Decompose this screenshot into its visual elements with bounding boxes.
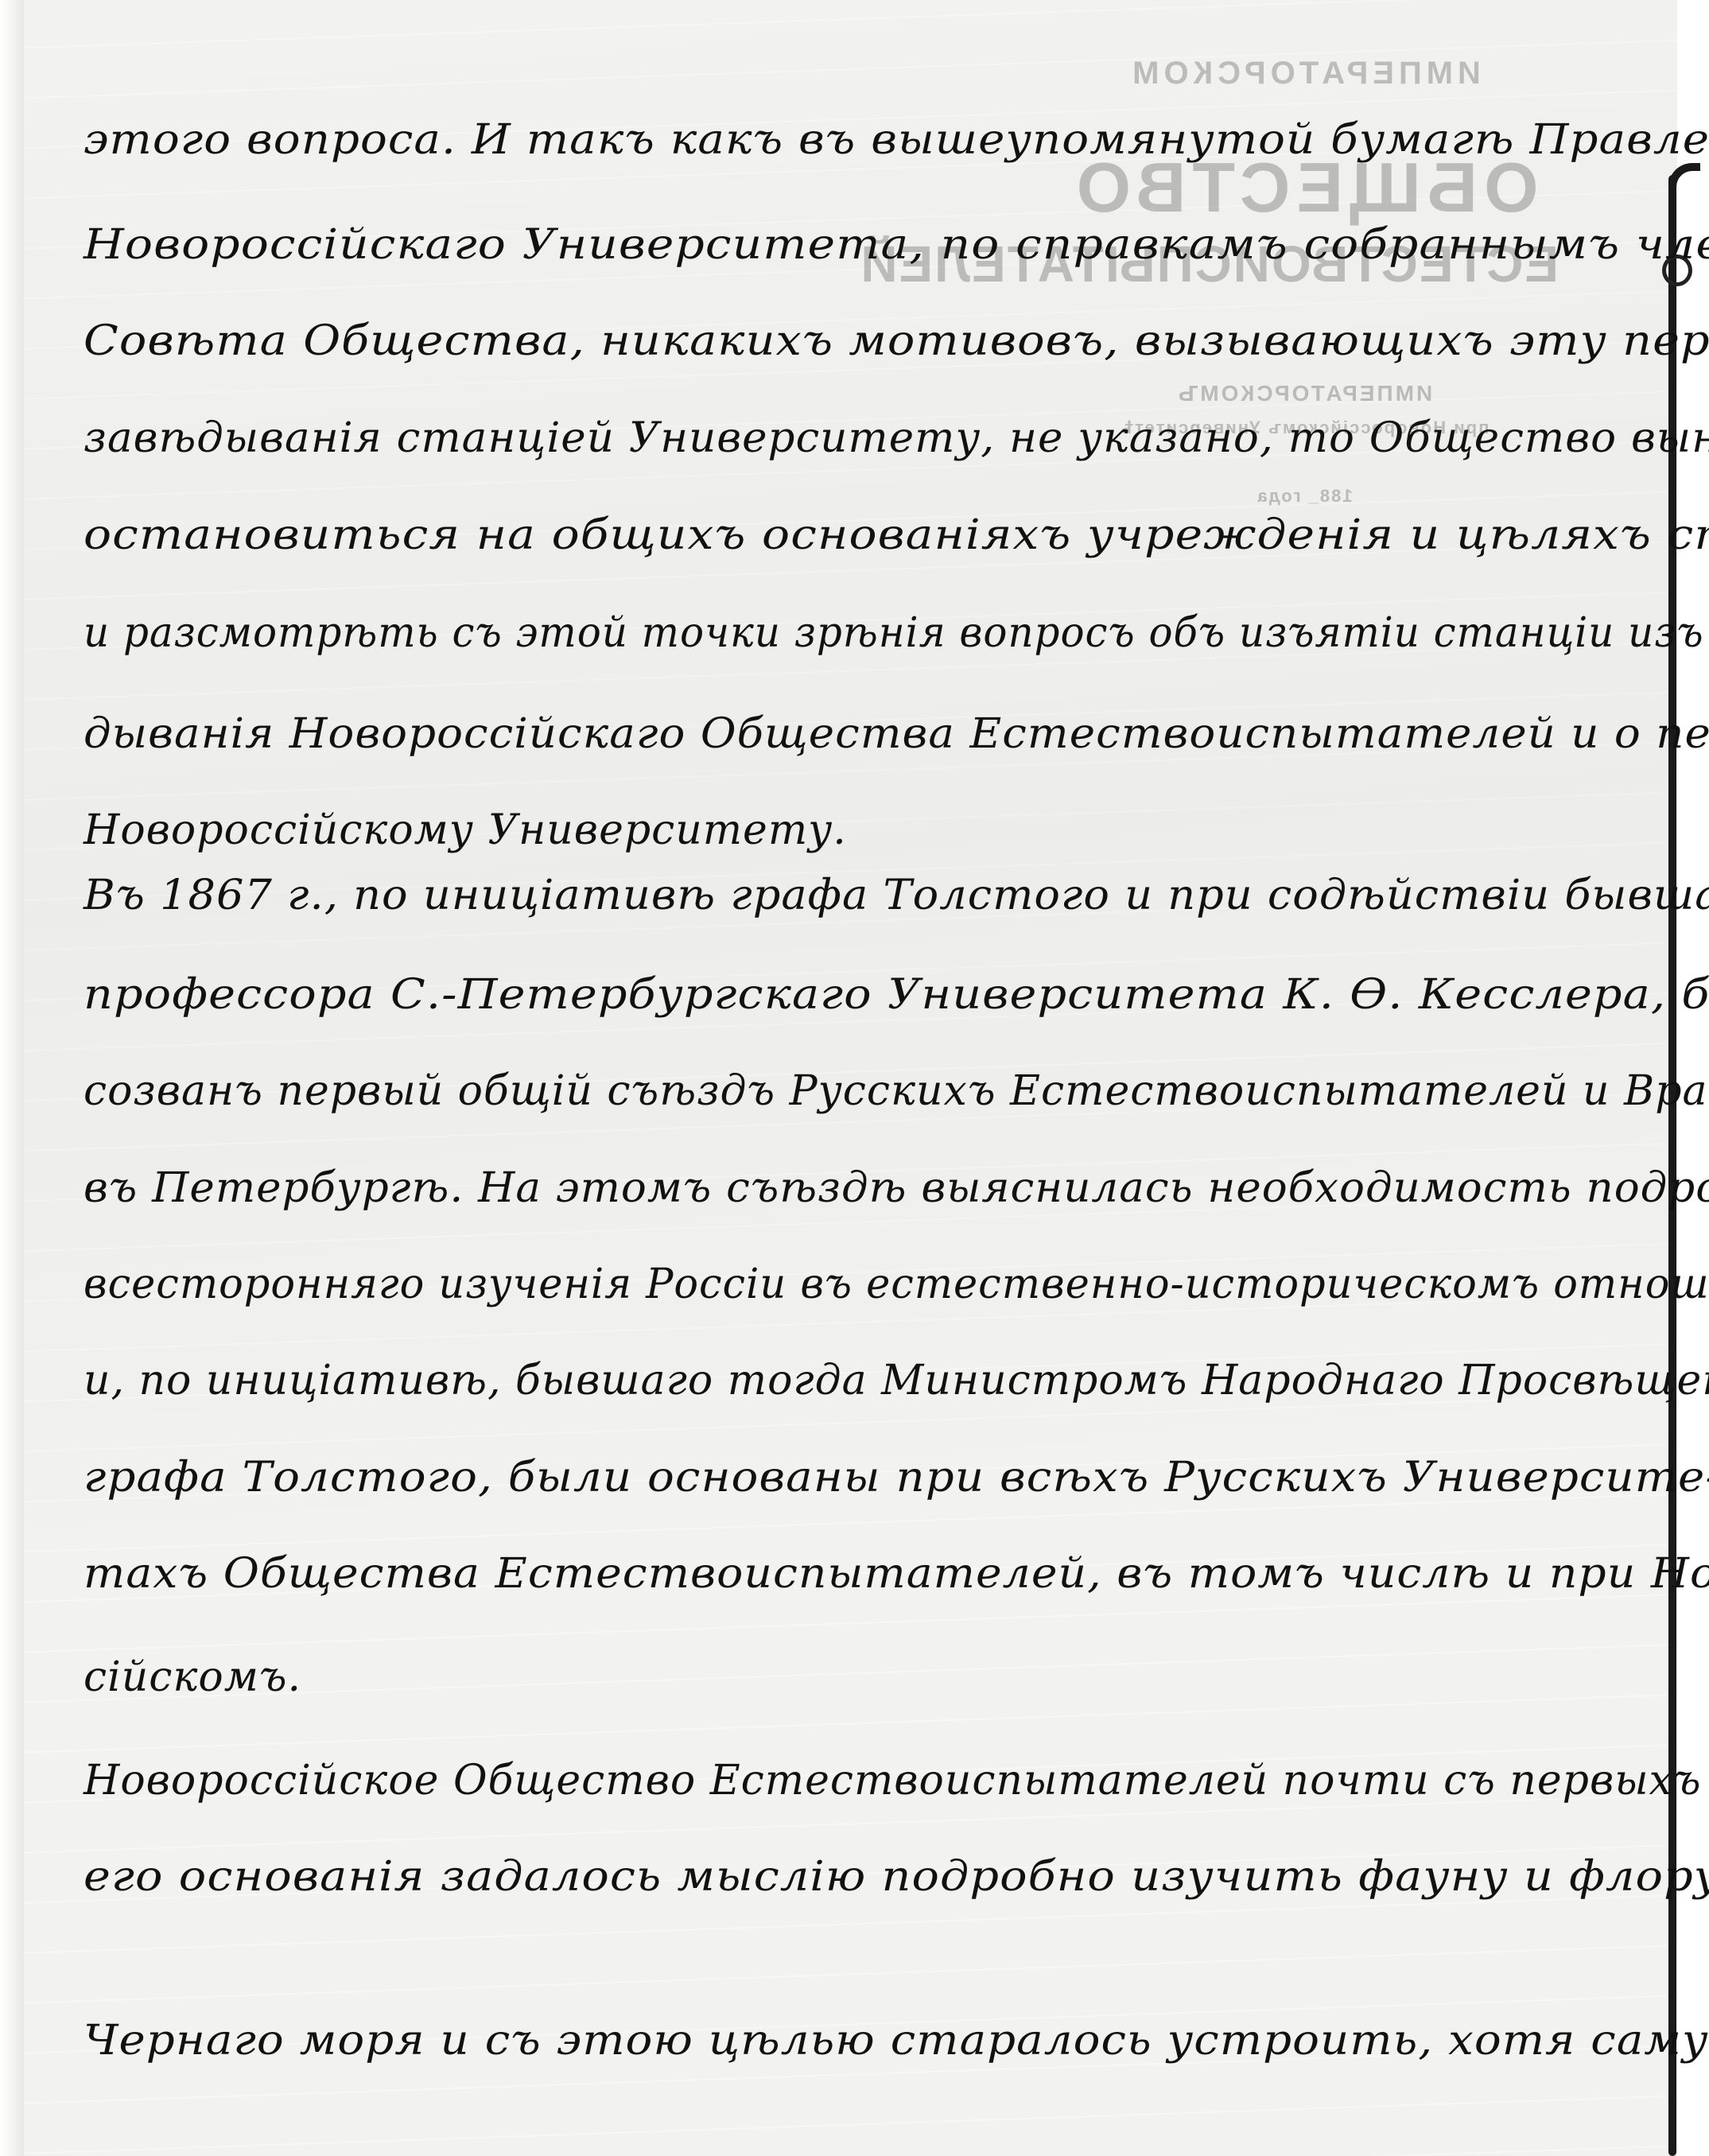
text-line-2: Новороссійскаго Университета, по справка… (84, 224, 1709, 266)
text-line-4: завѣдыванія станціей Университету, не ук… (84, 418, 1709, 459)
text-line-5: остановиться на общихъ основаніяхъ учреж… (84, 515, 1709, 556)
stamp-year: 188_ года (1050, 486, 1559, 507)
text-line-10: профессора С.-Петербургскаго Университет… (84, 974, 1709, 1016)
text-line-11: созванъ первый общій съѣздъ Русскихъ Ест… (84, 1070, 1709, 1112)
document-page: ИМПЕРАТОРСКОМ ОБЩЕСТВО ЕСТЕСТВОИСПЫТАТЕЛ… (0, 0, 1709, 2156)
text-line-6: и разсмотрѣть съ этой точки зрѣнія вопро… (84, 612, 1709, 654)
text-line-16: тахъ Общества Естествоиспытателей, въ то… (84, 1553, 1709, 1595)
text-line-1: этого вопроса. И такъ какъ въ вышеупомян… (84, 119, 1709, 161)
text-line-7: дыванія Новороссійскаго Общества Естеств… (84, 713, 1709, 755)
text-line-3: Совѣта Общества, никакихъ мотивовъ, вызы… (84, 320, 1709, 362)
text-line-18: Новороссійское Общество Естествоиспытате… (84, 1760, 1709, 1801)
text-line-9: Въ 1867 г., по иниціативѣ графа Толстого… (84, 875, 1709, 916)
text-line-8: Новороссійскому Университету. (84, 810, 847, 851)
text-line-17: сійскомъ. (84, 1657, 301, 1698)
page-left-edge (0, 0, 24, 2156)
text-line-20: Чернаго моря и съ этою цѣлью старалось у… (84, 2020, 1709, 2061)
stamp-top-text: ИМПЕРАТОРСКОМ (1050, 56, 1559, 91)
text-line-14: и, по иниціативѣ, бывшаго тогда Министро… (84, 1360, 1709, 1401)
text-line-15: графа Толстого, были основаны при всѣхъ … (84, 1457, 1709, 1498)
text-line-12: въ Петербургѣ. На этомъ съѣздѣ выяснилас… (84, 1167, 1709, 1209)
text-line-13: всесторонняго изученія Россіи въ естеств… (84, 1264, 1709, 1305)
stamp-imperial: ИМПЕРАТОРСКОМЪ (1050, 381, 1559, 406)
text-line-19: его основанія задалось мыслію подробно и… (84, 1856, 1709, 1898)
